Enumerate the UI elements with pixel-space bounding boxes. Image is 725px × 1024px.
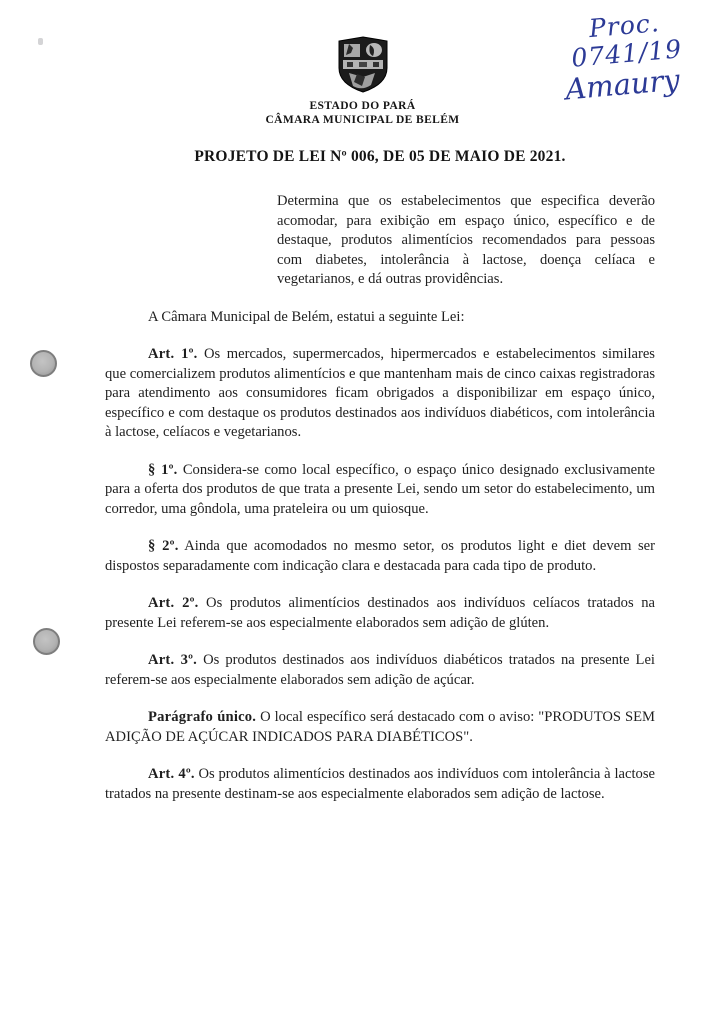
article-paragraph: Parágrafo único. O local específico será… — [105, 708, 655, 747]
article-label: § 1º. — [148, 462, 177, 478]
coat-of-arms-icon — [337, 36, 389, 93]
scan-speck — [38, 38, 43, 45]
article-paragraph: Art. 4º. Os produtos alimentícios destin… — [105, 765, 655, 804]
preamble: A Câmara Municipal de Belém, estatui a s… — [105, 308, 655, 328]
article-paragraph: § 2º. Ainda que acomodados no mesmo seto… — [105, 537, 655, 576]
article-text: Ainda que acomodados no mesmo setor, os … — [105, 538, 655, 574]
article-paragraph: Art. 2º. Os produtos alimentícios destin… — [105, 594, 655, 633]
hole-punch-bottom — [33, 628, 60, 655]
article-paragraph: Art. 1º. Os mercados, supermercados, hip… — [105, 345, 655, 443]
article-label: § 2º. — [148, 538, 179, 554]
article-paragraph: § 1º. Considera-se como local específico… — [105, 461, 655, 520]
hole-punch-top — [30, 350, 57, 377]
document-title: PROJETO DE LEI Nº 006, DE 05 DE MAIO DE … — [105, 148, 655, 166]
ementa-summary: Determina que os estabelecimentos que es… — [277, 192, 655, 290]
scanned-document-page: Proc. 0741/19 Amaury ESTADO DO PARÁ CÂMA… — [0, 0, 725, 1024]
article-label: Art. 3º. — [148, 652, 197, 668]
article-label: Art. 2º. — [148, 595, 198, 611]
letterhead-chamber: CÂMARA MUNICIPAL DE BELÉM — [0, 114, 725, 128]
document-body: PROJETO DE LEI Nº 006, DE 05 DE MAIO DE … — [0, 148, 725, 804]
article-label: Art. 4º. — [148, 766, 195, 782]
articles: Art. 1º. Os mercados, supermercados, hip… — [105, 345, 655, 804]
handwritten-annotation: Proc. 0741/19 Amaury — [533, 4, 720, 108]
article-label: Parágrafo único. — [148, 709, 256, 725]
article-label: Art. 1º. — [148, 346, 197, 362]
article-text: Considera-se como local específico, o es… — [105, 462, 655, 517]
article-paragraph: Art. 3º. Os produtos destinados aos indi… — [105, 651, 655, 690]
